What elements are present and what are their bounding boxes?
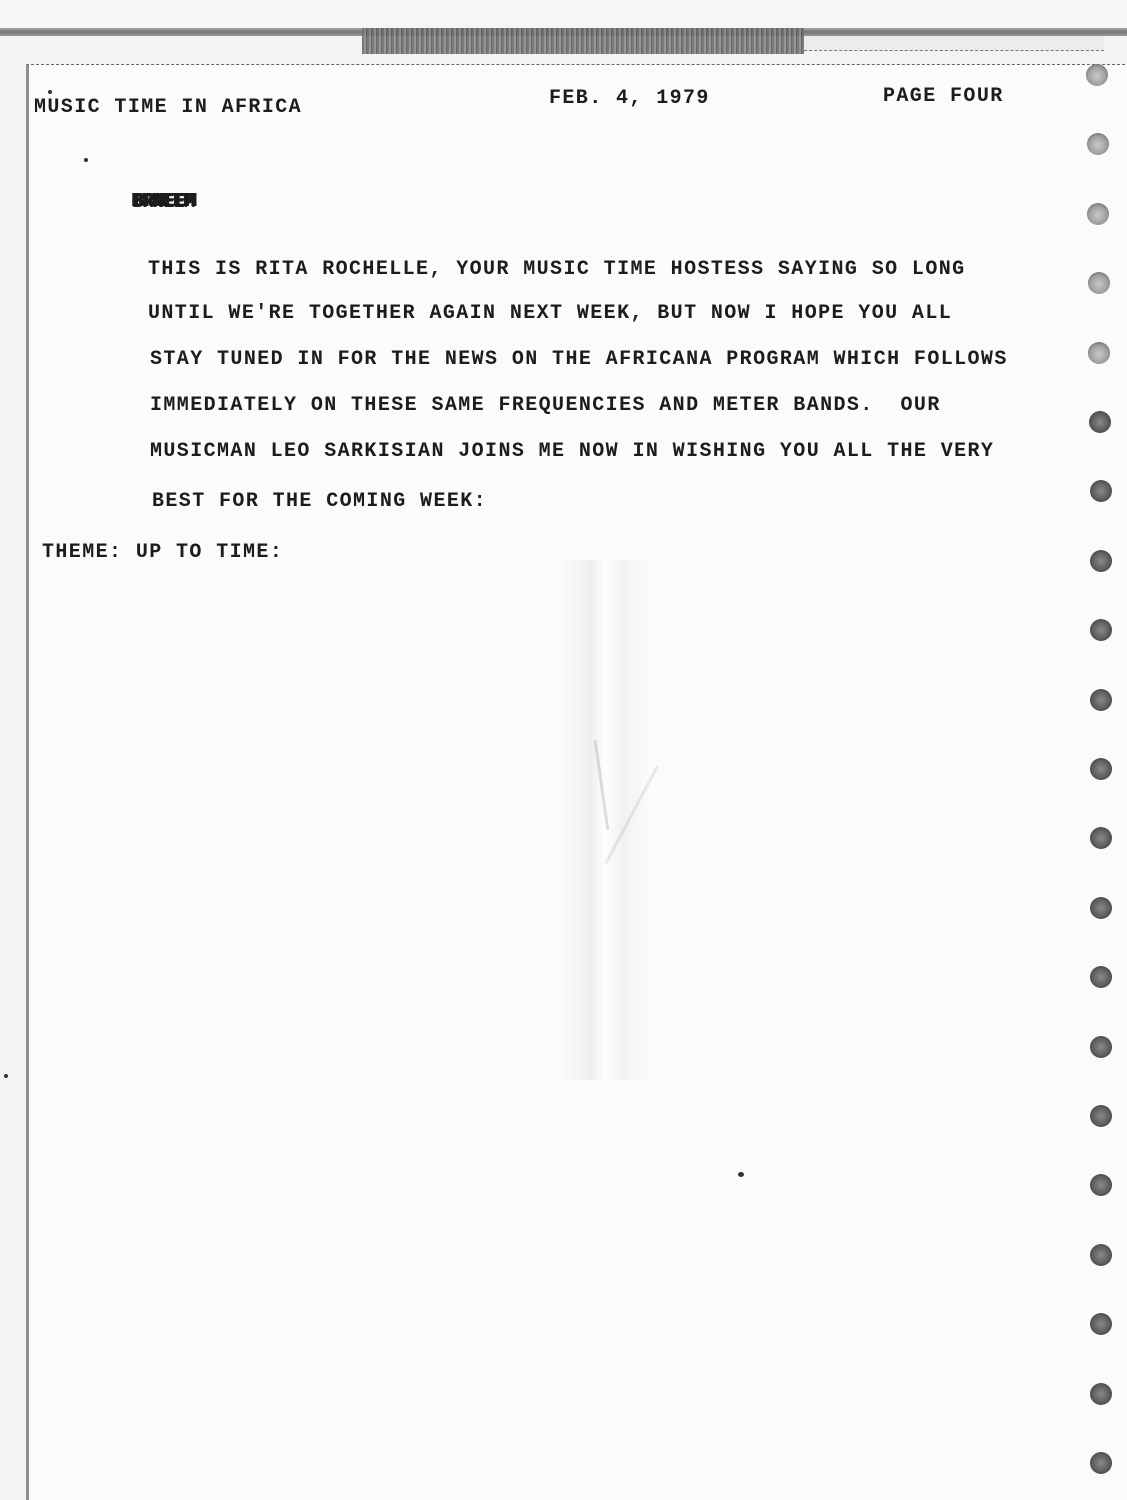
scan-background [0,0,1127,30]
script-line: STAY TUNED IN FOR THE NEWS ON THE AFRICA… [150,350,1008,370]
feed-hole-icon [1088,272,1110,294]
script-line: UNTIL WE'RE TOGETHER AGAIN NEXT WEEK, BU… [148,304,952,324]
ink-speck [4,1074,8,1078]
script-line: MUSICMAN LEO SARKISIAN JOINS ME NOW IN W… [150,442,994,462]
script-date: FEB. 4, 1979 [549,89,710,109]
feed-hole-icon [1090,619,1112,641]
top-edge-tab [362,28,804,54]
feed-hole-icon [1090,480,1112,502]
feed-hole-icon [1090,1174,1112,1196]
feed-hole-icon [1088,342,1110,364]
feed-hole-icon [1090,827,1112,849]
feed-hole-icon [1086,64,1108,86]
top-edge-tear [804,36,1104,51]
feed-hole-icon [1087,203,1109,225]
feed-hole-icon [1090,689,1112,711]
feed-hole-icon [1090,1313,1112,1335]
script-line: IMMEDIATELY ON THESE SAME FREQUENCIES AN… [150,396,941,416]
struck-out-word: BRNEEM [132,192,194,211]
page-number: PAGE FOUR [883,87,1004,107]
ink-speck [84,158,88,162]
script-line: BEST FOR THE COMING WEEK: [152,492,487,512]
ink-speck [48,90,52,94]
feed-hole-icon [1090,1383,1112,1405]
theme-cue: THEME: UP TO TIME: [42,543,283,563]
feed-hole-icon [1090,550,1112,572]
feed-hole-icon [1090,966,1112,988]
feed-hole-icon [1087,133,1109,155]
script-line: THIS IS RITA ROCHELLE, YOUR MUSIC TIME H… [148,260,966,280]
ink-speck [738,1172,744,1177]
feed-hole-icon [1090,1105,1112,1127]
feed-hole-icon [1090,1452,1112,1474]
feed-hole-icon [1090,897,1112,919]
feed-hole-icon [1090,1244,1112,1266]
feed-hole-icon [1090,1036,1112,1058]
feed-hole-icon [1089,411,1111,433]
program-title: MUSIC TIME IN AFRICA [34,98,302,118]
feed-hole-icon [1090,758,1112,780]
